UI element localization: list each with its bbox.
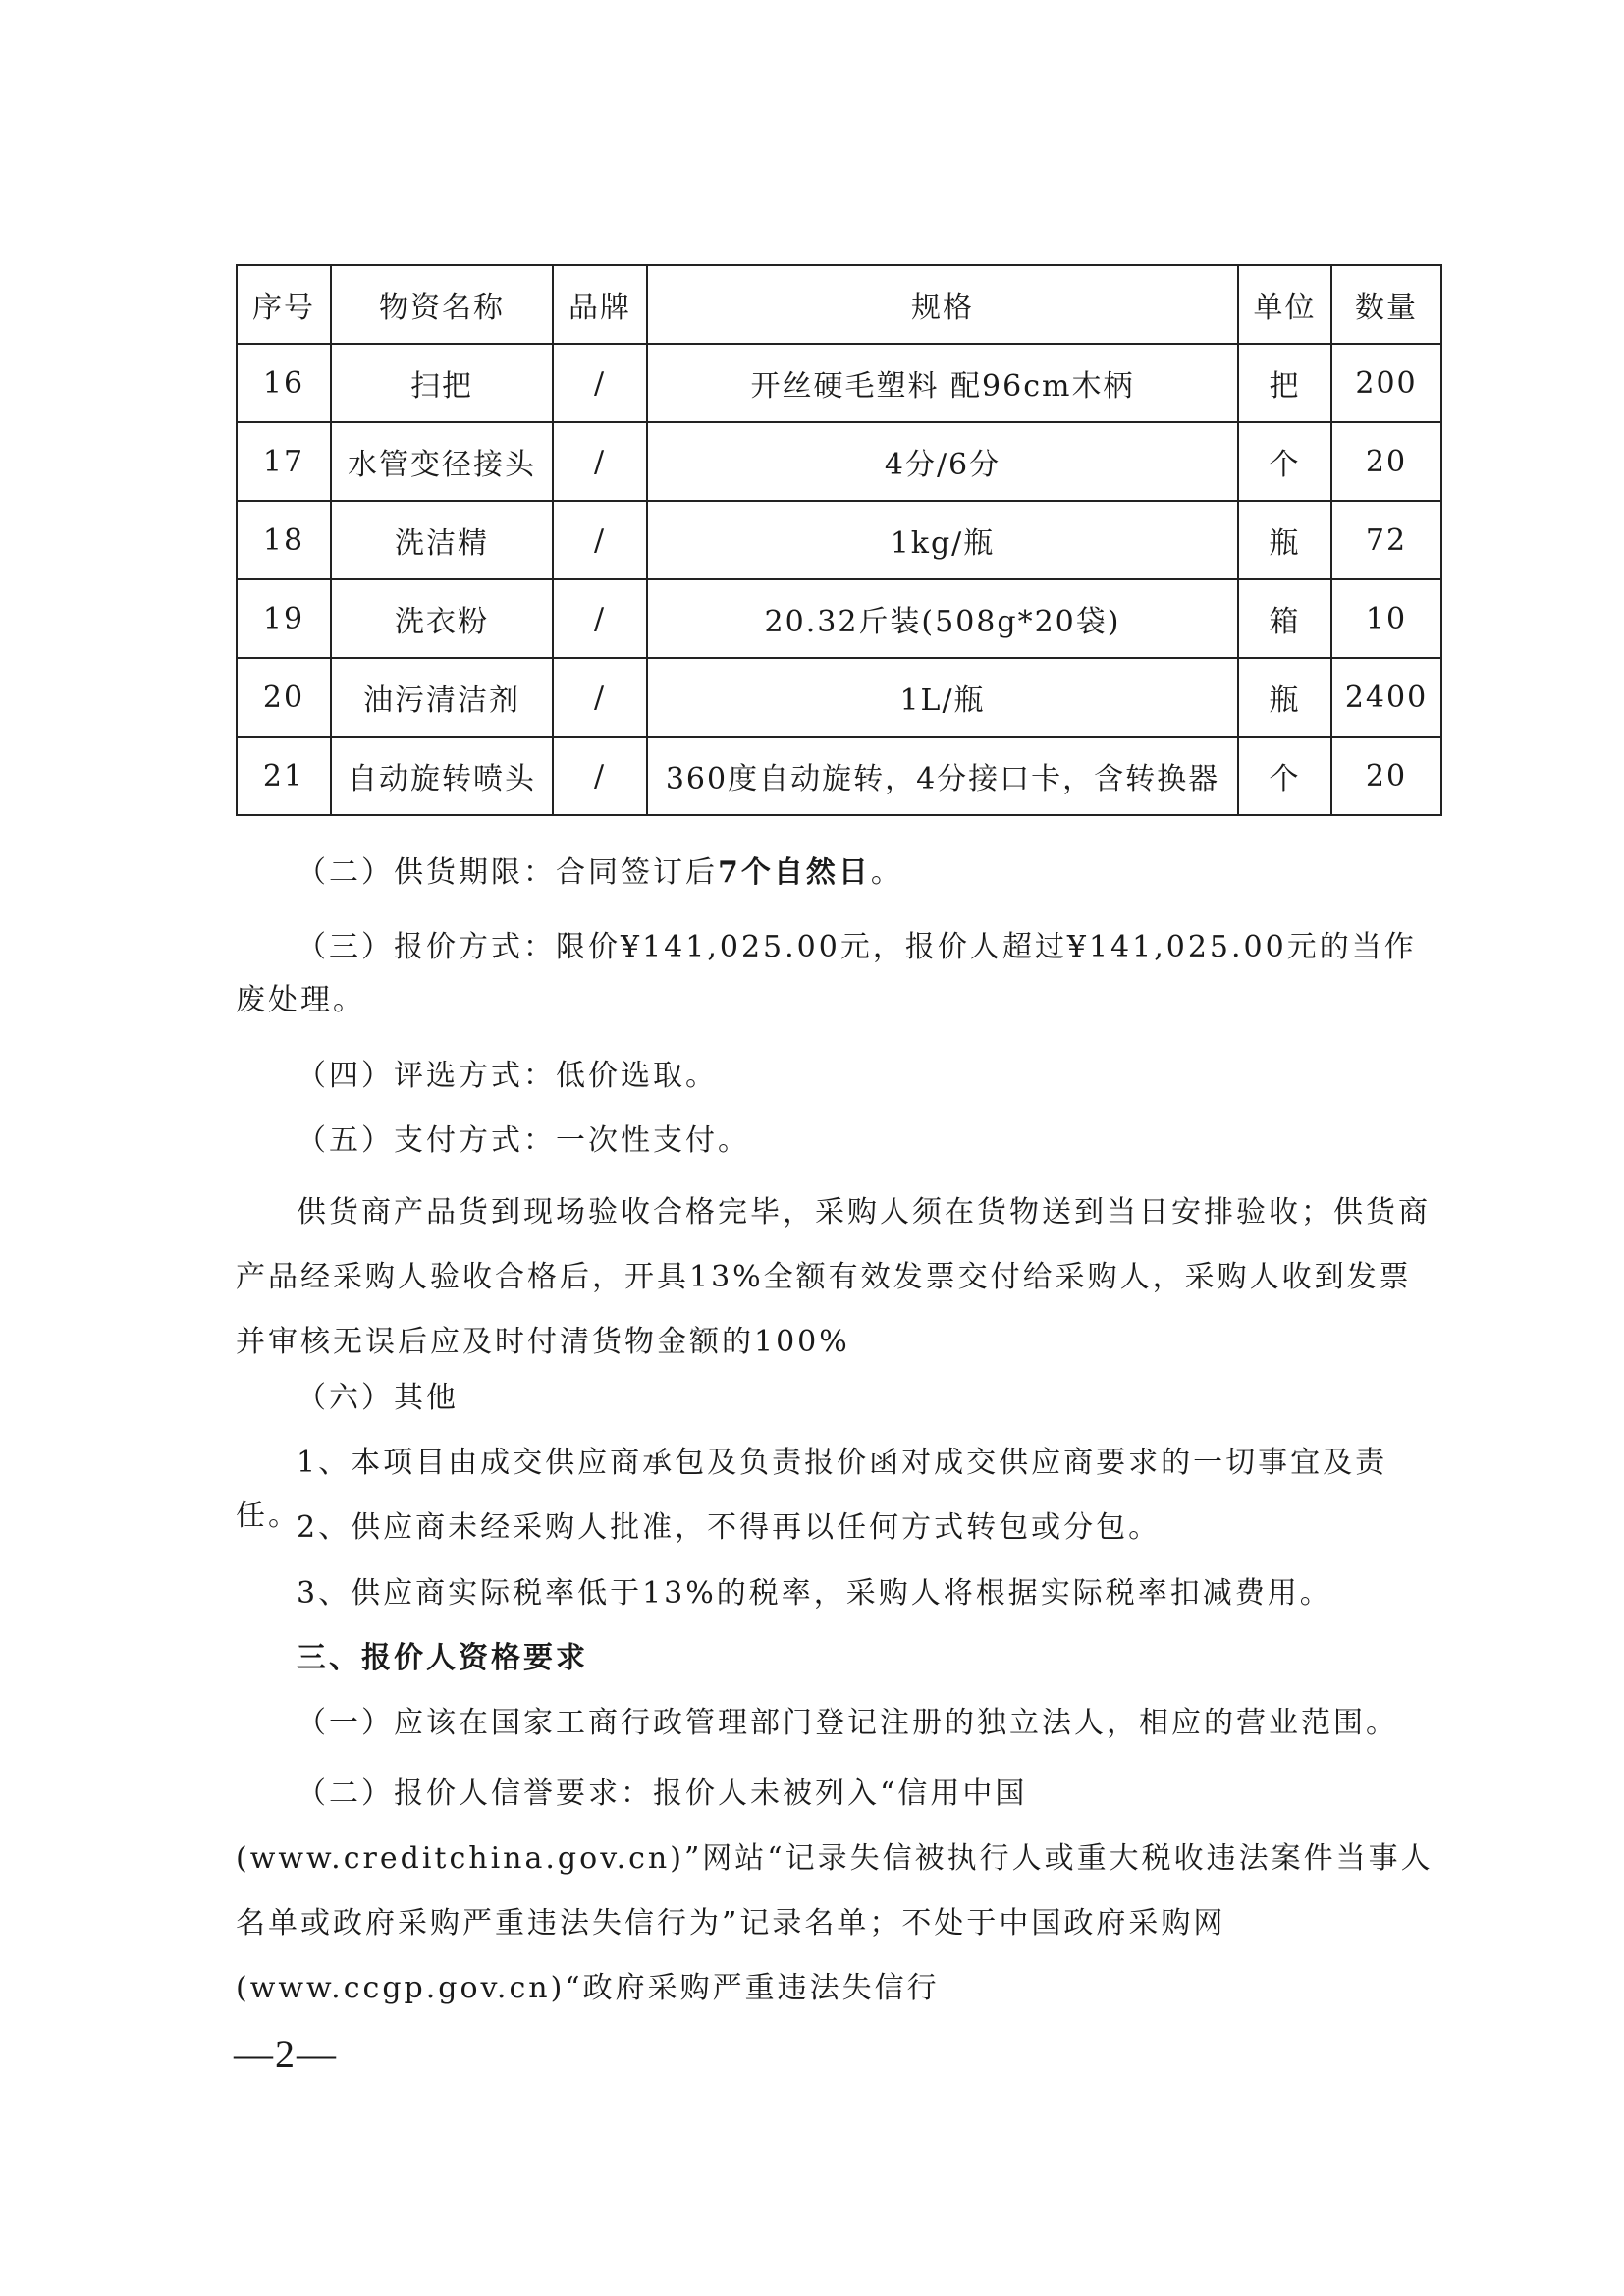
cell-unit: 个 <box>1238 422 1331 501</box>
header-qty: 数量 <box>1331 265 1441 344</box>
quote-method-paragraph: （三）报价方式：限价¥141,025.00元，报价人超过¥141,025.00元… <box>236 921 1440 1027</box>
cell-spec: 开丝硬毛塑料 配96cm木柄 <box>647 344 1238 422</box>
other-item-3: 3、供应商实际税率低于13%的税率，采购人将根据实际税率扣减费用。 <box>236 1567 1440 1620</box>
page-number: —2— <box>234 2031 338 2077</box>
cell-spec: 1L/瓶 <box>647 658 1238 737</box>
cell-spec: 4分/6分 <box>647 422 1238 501</box>
cell-no: 16 <box>237 344 331 422</box>
evaluation-method-paragraph: （四）评选方式：低价选取。 <box>236 1050 1440 1103</box>
cell-unit: 瓶 <box>1238 501 1331 579</box>
table-row: 21 自动旋转喷头 / 360度自动旋转，4分接口卡，含转换器 个 20 <box>237 737 1441 815</box>
cell-qty: 2400 <box>1331 658 1441 737</box>
other-item-2: 2、供应商未经采购人批准，不得再以任何方式转包或分包。 <box>236 1502 1440 1555</box>
delivery-suffix: 。 <box>871 855 903 890</box>
cell-no: 20 <box>237 658 331 737</box>
other-title: （六）其他 <box>236 1372 1440 1425</box>
cell-no: 19 <box>237 579 331 658</box>
cell-name: 扫把 <box>331 344 553 422</box>
cell-qty: 20 <box>1331 422 1441 501</box>
cell-brand: / <box>553 501 647 579</box>
table-row: 19 洗衣粉 / 20.32斤装(508g*20袋) 箱 10 <box>237 579 1441 658</box>
document-page: 序号 物资名称 品牌 规格 单位 数量 16 扫把 / 开丝硬毛塑料 配96cm… <box>0 0 1624 2296</box>
qualification-1-paragraph: （一）应该在国家工商行政管理部门登记注册的独立法人，相应的营业范围。 <box>236 1697 1440 1750</box>
cell-name: 水管变径接头 <box>331 422 553 501</box>
header-name: 物资名称 <box>331 265 553 344</box>
payment-method-paragraph: （五）支付方式：一次性支付。 <box>236 1115 1440 1168</box>
table-header-row: 序号 物资名称 品牌 规格 单位 数量 <box>237 265 1441 344</box>
cell-name: 洗洁精 <box>331 501 553 579</box>
payment-detail-paragraph: 供货商产品货到现场验收合格完毕，采购人须在货物送到当日安排验收；供货商产品经采购… <box>236 1180 1440 1375</box>
goods-table: 序号 物资名称 品牌 规格 单位 数量 16 扫把 / 开丝硬毛塑料 配96cm… <box>236 264 1442 816</box>
cell-qty: 200 <box>1331 344 1441 422</box>
cell-spec: 1kg/瓶 <box>647 501 1238 579</box>
delivery-term-paragraph: （二）供货期限：合同签订后7个自然日。 <box>236 847 1440 900</box>
cell-no: 17 <box>237 422 331 501</box>
cell-name: 自动旋转喷头 <box>331 737 553 815</box>
cell-no: 18 <box>237 501 331 579</box>
cell-unit: 箱 <box>1238 579 1331 658</box>
delivery-days: 7个自然日 <box>718 855 871 890</box>
header-spec: 规格 <box>647 265 1238 344</box>
cell-spec: 20.32斤装(508g*20袋) <box>647 579 1238 658</box>
cell-brand: / <box>553 737 647 815</box>
cell-unit: 把 <box>1238 344 1331 422</box>
cell-qty: 10 <box>1331 579 1441 658</box>
table-row: 17 水管变径接头 / 4分/6分 个 20 <box>237 422 1441 501</box>
qualification-2-paragraph: （二）报价人信誉要求：报价人未被列入“信用中国(www.creditchina.… <box>236 1762 1440 2021</box>
header-unit: 单位 <box>1238 265 1331 344</box>
cell-name: 洗衣粉 <box>331 579 553 658</box>
cell-brand: / <box>553 579 647 658</box>
table-row: 16 扫把 / 开丝硬毛塑料 配96cm木柄 把 200 <box>237 344 1441 422</box>
cell-unit: 个 <box>1238 737 1331 815</box>
header-no: 序号 <box>237 265 331 344</box>
cell-brand: / <box>553 344 647 422</box>
cell-brand: / <box>553 422 647 501</box>
cell-no: 21 <box>237 737 331 815</box>
cell-name: 油污清洁剂 <box>331 658 553 737</box>
table-row: 20 油污清洁剂 / 1L/瓶 瓶 2400 <box>237 658 1441 737</box>
table-row: 18 洗洁精 / 1kg/瓶 瓶 72 <box>237 501 1441 579</box>
qualification-heading: 三、报价人资格要求 <box>236 1632 1440 1685</box>
delivery-prefix: （二）供货期限：合同签订后 <box>297 855 718 890</box>
cell-qty: 20 <box>1331 737 1441 815</box>
cell-qty: 72 <box>1331 501 1441 579</box>
header-brand: 品牌 <box>553 265 647 344</box>
cell-brand: / <box>553 658 647 737</box>
cell-unit: 瓶 <box>1238 658 1331 737</box>
cell-spec: 360度自动旋转，4分接口卡，含转换器 <box>647 737 1238 815</box>
